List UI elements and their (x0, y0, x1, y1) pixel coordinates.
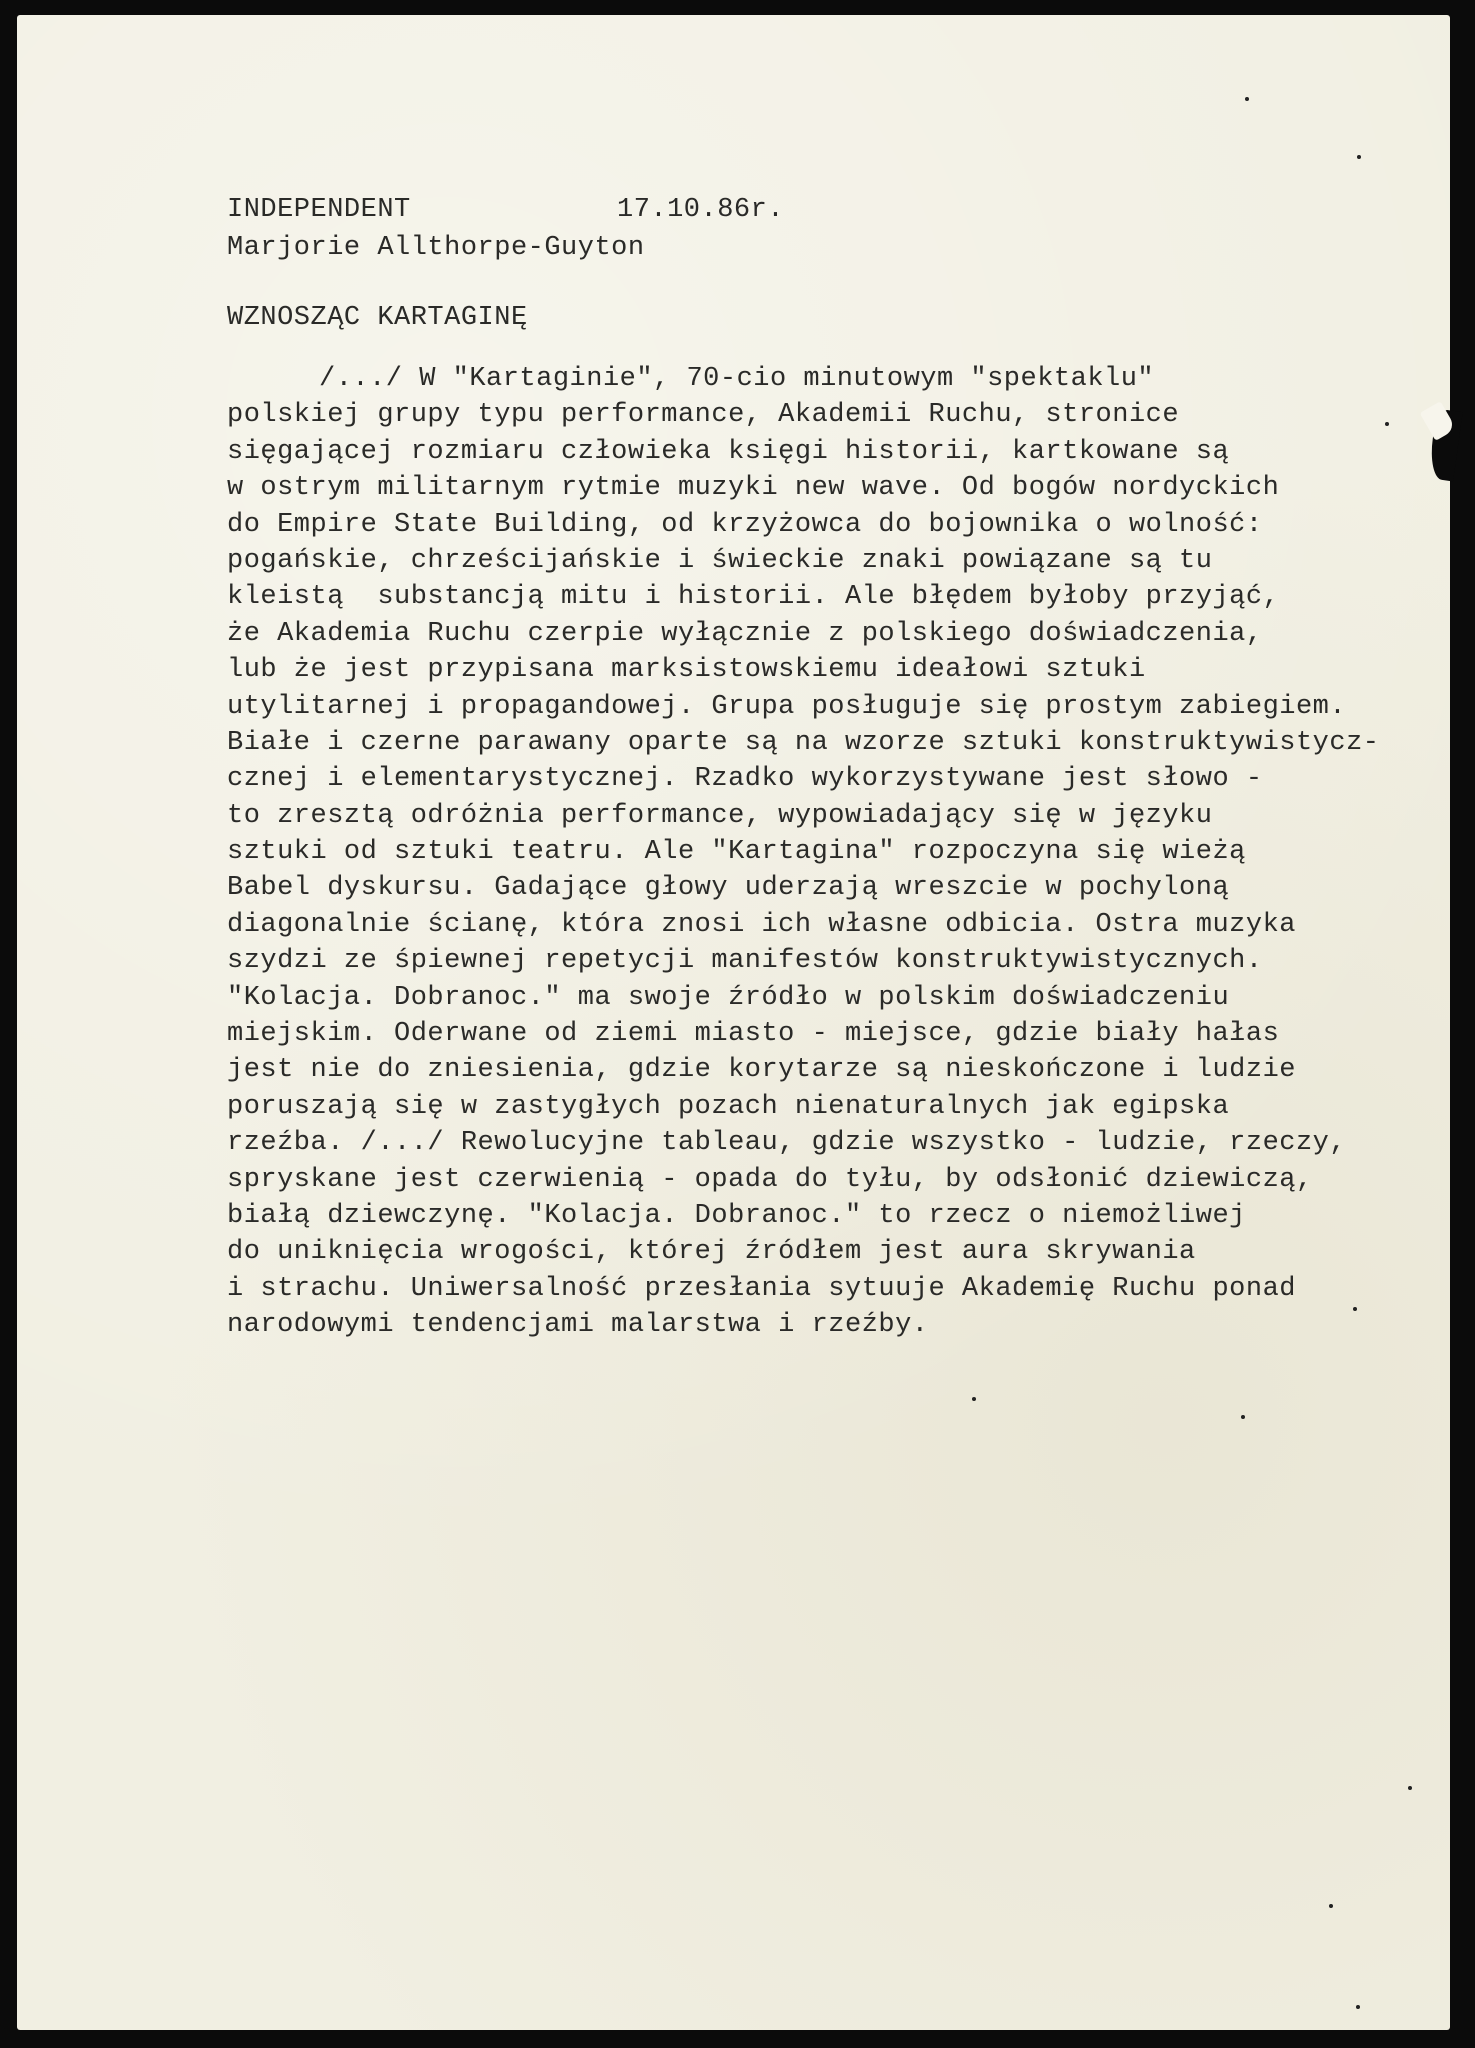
body-line: sięgającej rozmiaru człowieka księgi his… (227, 434, 1427, 470)
body-line: szydzi ze śpiewnej repetycji manifestów … (227, 943, 1427, 979)
body-line: do uniknięcia wrogości, której źródłem j… (227, 1234, 1427, 1270)
body-line: białą dziewczynę. "Kolacja. Dobranoc." t… (227, 1198, 1427, 1234)
body-line: poruszają się w zastygłych pozach nienat… (227, 1089, 1427, 1125)
body-line: że Akademia Ruchu czerpie wyłącznie z po… (227, 616, 1427, 652)
paper-speck (1356, 2005, 1360, 2009)
paper-speck (1385, 422, 1389, 426)
body-line: rzeźba. /.../ Rewolucyjne tableau, gdzie… (227, 1125, 1427, 1161)
paper-speck (1408, 1786, 1412, 1790)
paper-speck (1245, 97, 1249, 101)
body-line: lub że jest przypisana marksistowskiemu … (227, 652, 1427, 688)
body-line: narodowymi tendencjami malarstwa i rzeźb… (227, 1307, 1427, 1343)
body-line: miejskim. Oderwane od ziemi miasto - mie… (227, 1016, 1427, 1052)
document-date: 17.10.86r. (617, 195, 784, 225)
body-line: Białe i czerne parawany oparte są na wzo… (227, 725, 1427, 761)
paper-speck (1357, 155, 1361, 159)
article-body: /.../ W "Kartaginie", 70-cio minutowym "… (227, 361, 1427, 1344)
body-line: spryskane jest czerwienią - opada do tył… (227, 1162, 1427, 1198)
body-line: do Empire State Building, od krzyżowca d… (227, 507, 1427, 543)
body-line: kleistą substancją mitu i historii. Ale … (227, 579, 1427, 615)
body-line: Babel dyskursu. Gadające głowy uderzają … (227, 870, 1427, 906)
body-line: polskiej grupy typu performance, Akademi… (227, 397, 1427, 433)
typewritten-document: INDEPENDENT 17.10.86r. Marjorie Allthorp… (17, 15, 1450, 2030)
newspaper-source: INDEPENDENT (227, 195, 411, 225)
paper-sheet: INDEPENDENT 17.10.86r. Marjorie Allthorp… (17, 15, 1450, 2030)
body-line: sztuki od sztuki teatru. Ale "Kartagina"… (227, 834, 1427, 870)
paper-speck (1353, 1307, 1357, 1311)
article-title: WZNOSZĄC KARTAGINĘ (227, 303, 528, 333)
body-line: i strachu. Uniwersalność przesłania sytu… (227, 1271, 1427, 1307)
body-line: "Kolacja. Dobranoc." ma swoje źródło w p… (227, 980, 1427, 1016)
body-line: cznej i elementarystycznej. Rzadko wykor… (227, 761, 1427, 797)
paper-speck (972, 1397, 976, 1401)
body-line: pogańskie, chrześcijańskie i świeckie zn… (227, 543, 1427, 579)
article-author: Marjorie Allthorpe-Guyton (227, 233, 645, 263)
body-line: diagonalnie ścianę, która znosi ich włas… (227, 907, 1427, 943)
body-line: to zresztą odróżnia performance, wypowia… (227, 798, 1427, 834)
paper-speck (1241, 1415, 1245, 1419)
body-line: utylitarnej i propagandowej. Grupa posłu… (227, 689, 1427, 725)
paper-speck (1329, 1904, 1333, 1908)
body-line: /.../ W "Kartaginie", 70-cio minutowym "… (227, 361, 1427, 397)
body-line: w ostrym militarnym rytmie muzyki new wa… (227, 470, 1427, 506)
body-line: jest nie do zniesienia, gdzie korytarze … (227, 1052, 1427, 1088)
